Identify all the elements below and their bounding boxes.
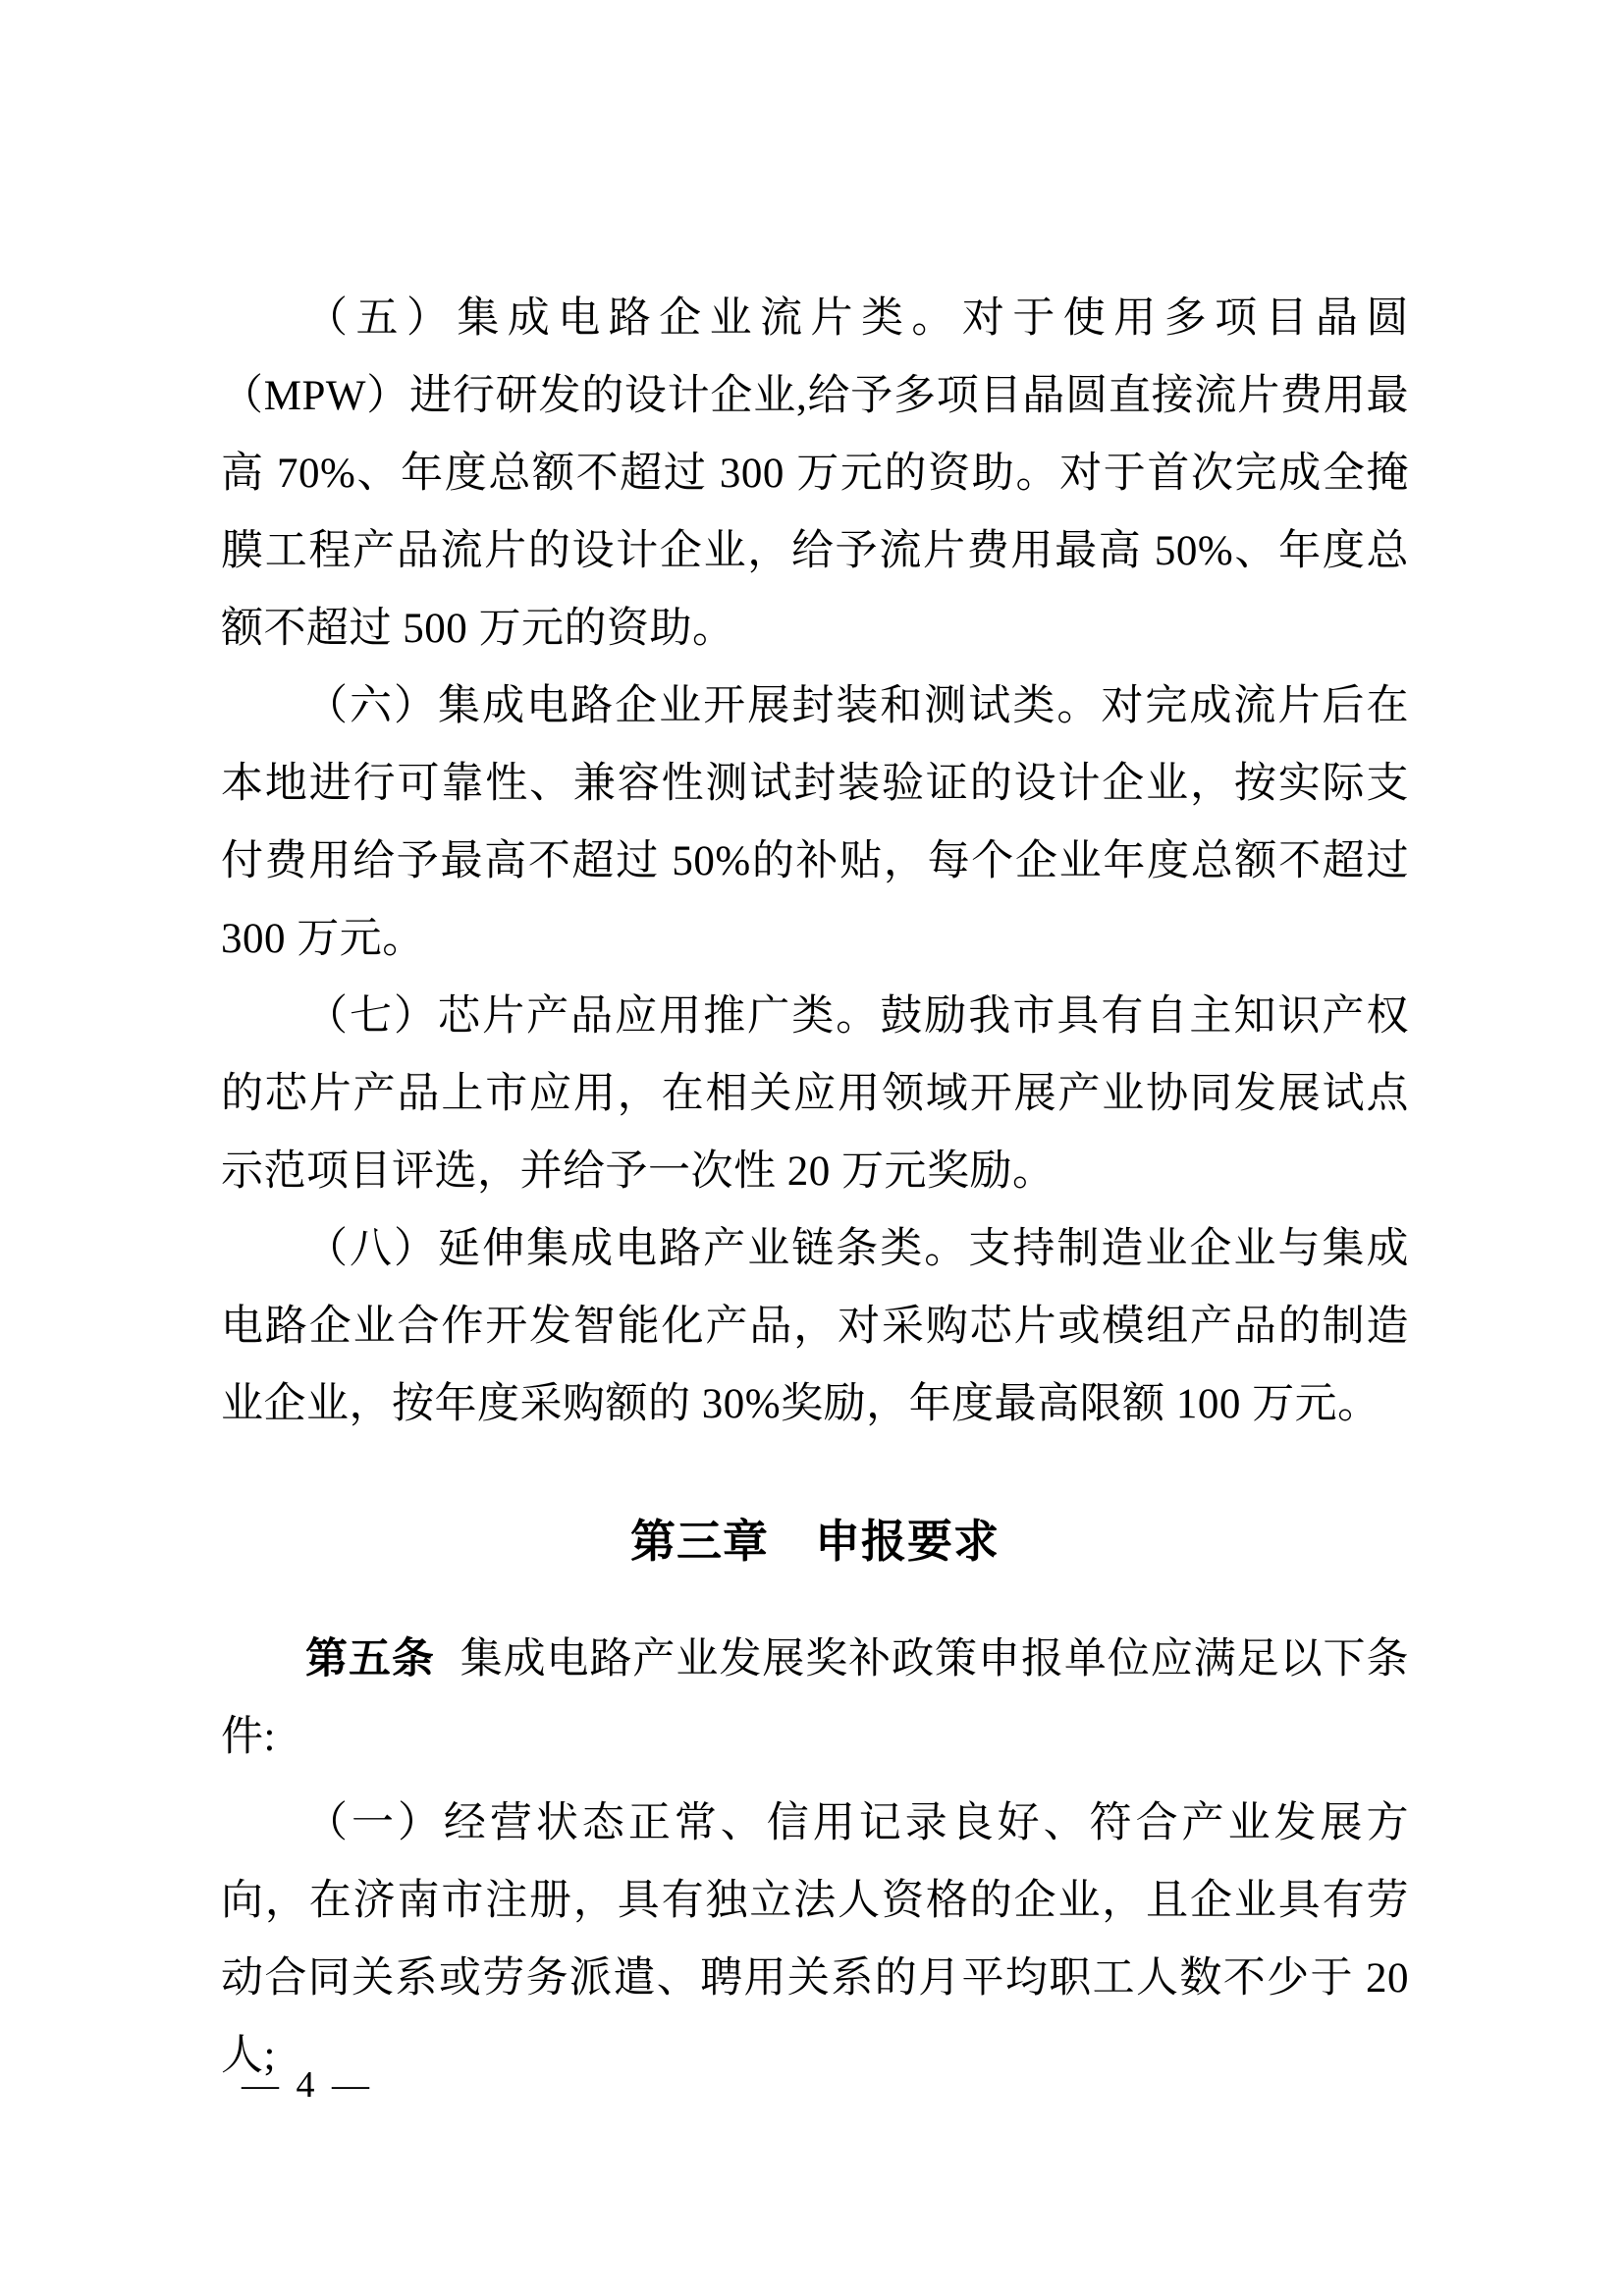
paragraph-condition-1: （一）经营状态正常、信用记录良好、符合产业发展方向，在济南市注册，具有独立法人资… — [221, 1785, 1409, 2095]
paragraph-clause-8: （八）延伸集成电路产业链条类。支持制造业企业与集成电路企业合作开发智能化产品，对… — [221, 1210, 1409, 1443]
chapter-3-heading: 第三章 申报要求 — [221, 1503, 1409, 1580]
document-page: （五）集成电路企业流片类。对于使用多项目晶圆（MPW）进行研发的设计企业,给予多… — [0, 0, 1623, 2296]
paragraph-clause-6: （六）集成电路企业开展封装和测试类。对完成流片后在本地进行可靠性、兼容性测试封装… — [221, 667, 1409, 978]
document-body: （五）集成电路企业流片类。对于使用多项目晶圆（MPW）进行研发的设计企业,给予多… — [221, 280, 1409, 2095]
paragraph-clause-5: （五）集成电路企业流片类。对于使用多项目晶圆（MPW）进行研发的设计企业,给予多… — [221, 280, 1409, 667]
article-5-lead: 第五条 — [305, 1635, 435, 1682]
page-number: — 4 — — [242, 2063, 373, 2107]
article-5-paragraph: 第五条集成电路产业发展奖补政策申报单位应满足以下条件: — [221, 1621, 1409, 1776]
paragraph-clause-7: （七）芯片产品应用推广类。鼓励我市具有自主知识产权的芯片产品上市应用，在相关应用… — [221, 978, 1409, 1210]
